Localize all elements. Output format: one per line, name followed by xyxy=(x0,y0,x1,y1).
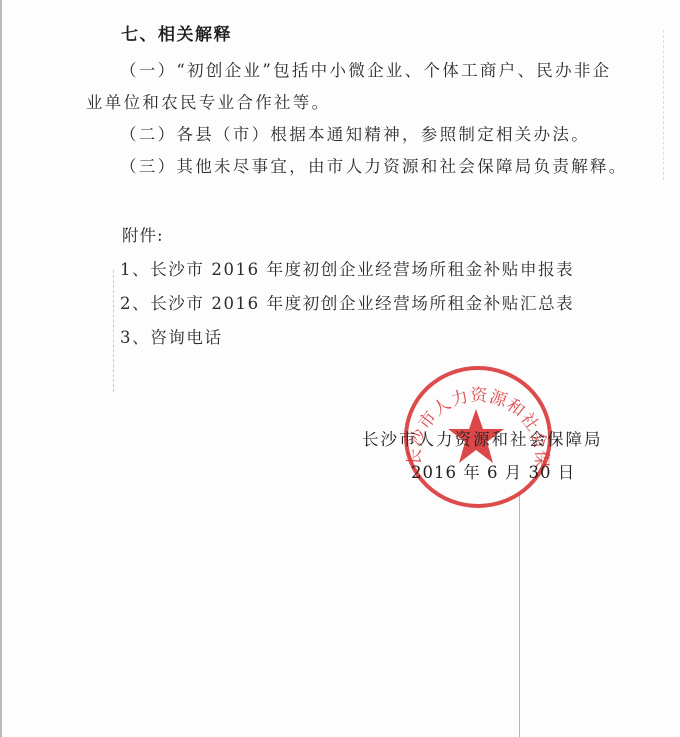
page-left-edge xyxy=(0,0,2,737)
paragraph-1-line-1: （一）“初创企业”包括中小微企业、个体工商户、民办非企 xyxy=(120,57,611,81)
paragraph-1-line-2: 业单位和农民专业合作社等。 xyxy=(86,89,330,113)
paragraph-3: （三）其他未尽事宜，由市人力资源和社会保障局负责解释。 xyxy=(120,153,628,177)
attachment-item-2: 2、长沙市 2016 年度初创企业经营场所租金补贴汇总表 xyxy=(120,290,574,314)
signature-organization: 长沙市人力资源和社会保障局 xyxy=(362,426,603,450)
section-title: 七、相关解释 xyxy=(121,20,232,45)
red-margin-line xyxy=(519,495,520,737)
paragraph-2: （二）各县（市）根据本通知精神，参照制定相关办法。 xyxy=(120,121,590,145)
attachments-label: 附件: xyxy=(122,222,164,246)
attachment-item-3: 3、咨询电话 xyxy=(120,324,223,348)
signature-date: 2016 年 6 月 30 日 xyxy=(411,459,575,483)
margin-dash-line-right xyxy=(663,30,664,180)
margin-dash-line xyxy=(113,270,114,392)
attachment-item-1: 1、长沙市 2016 年度初创企业经营场所租金补贴申报表 xyxy=(120,256,574,280)
